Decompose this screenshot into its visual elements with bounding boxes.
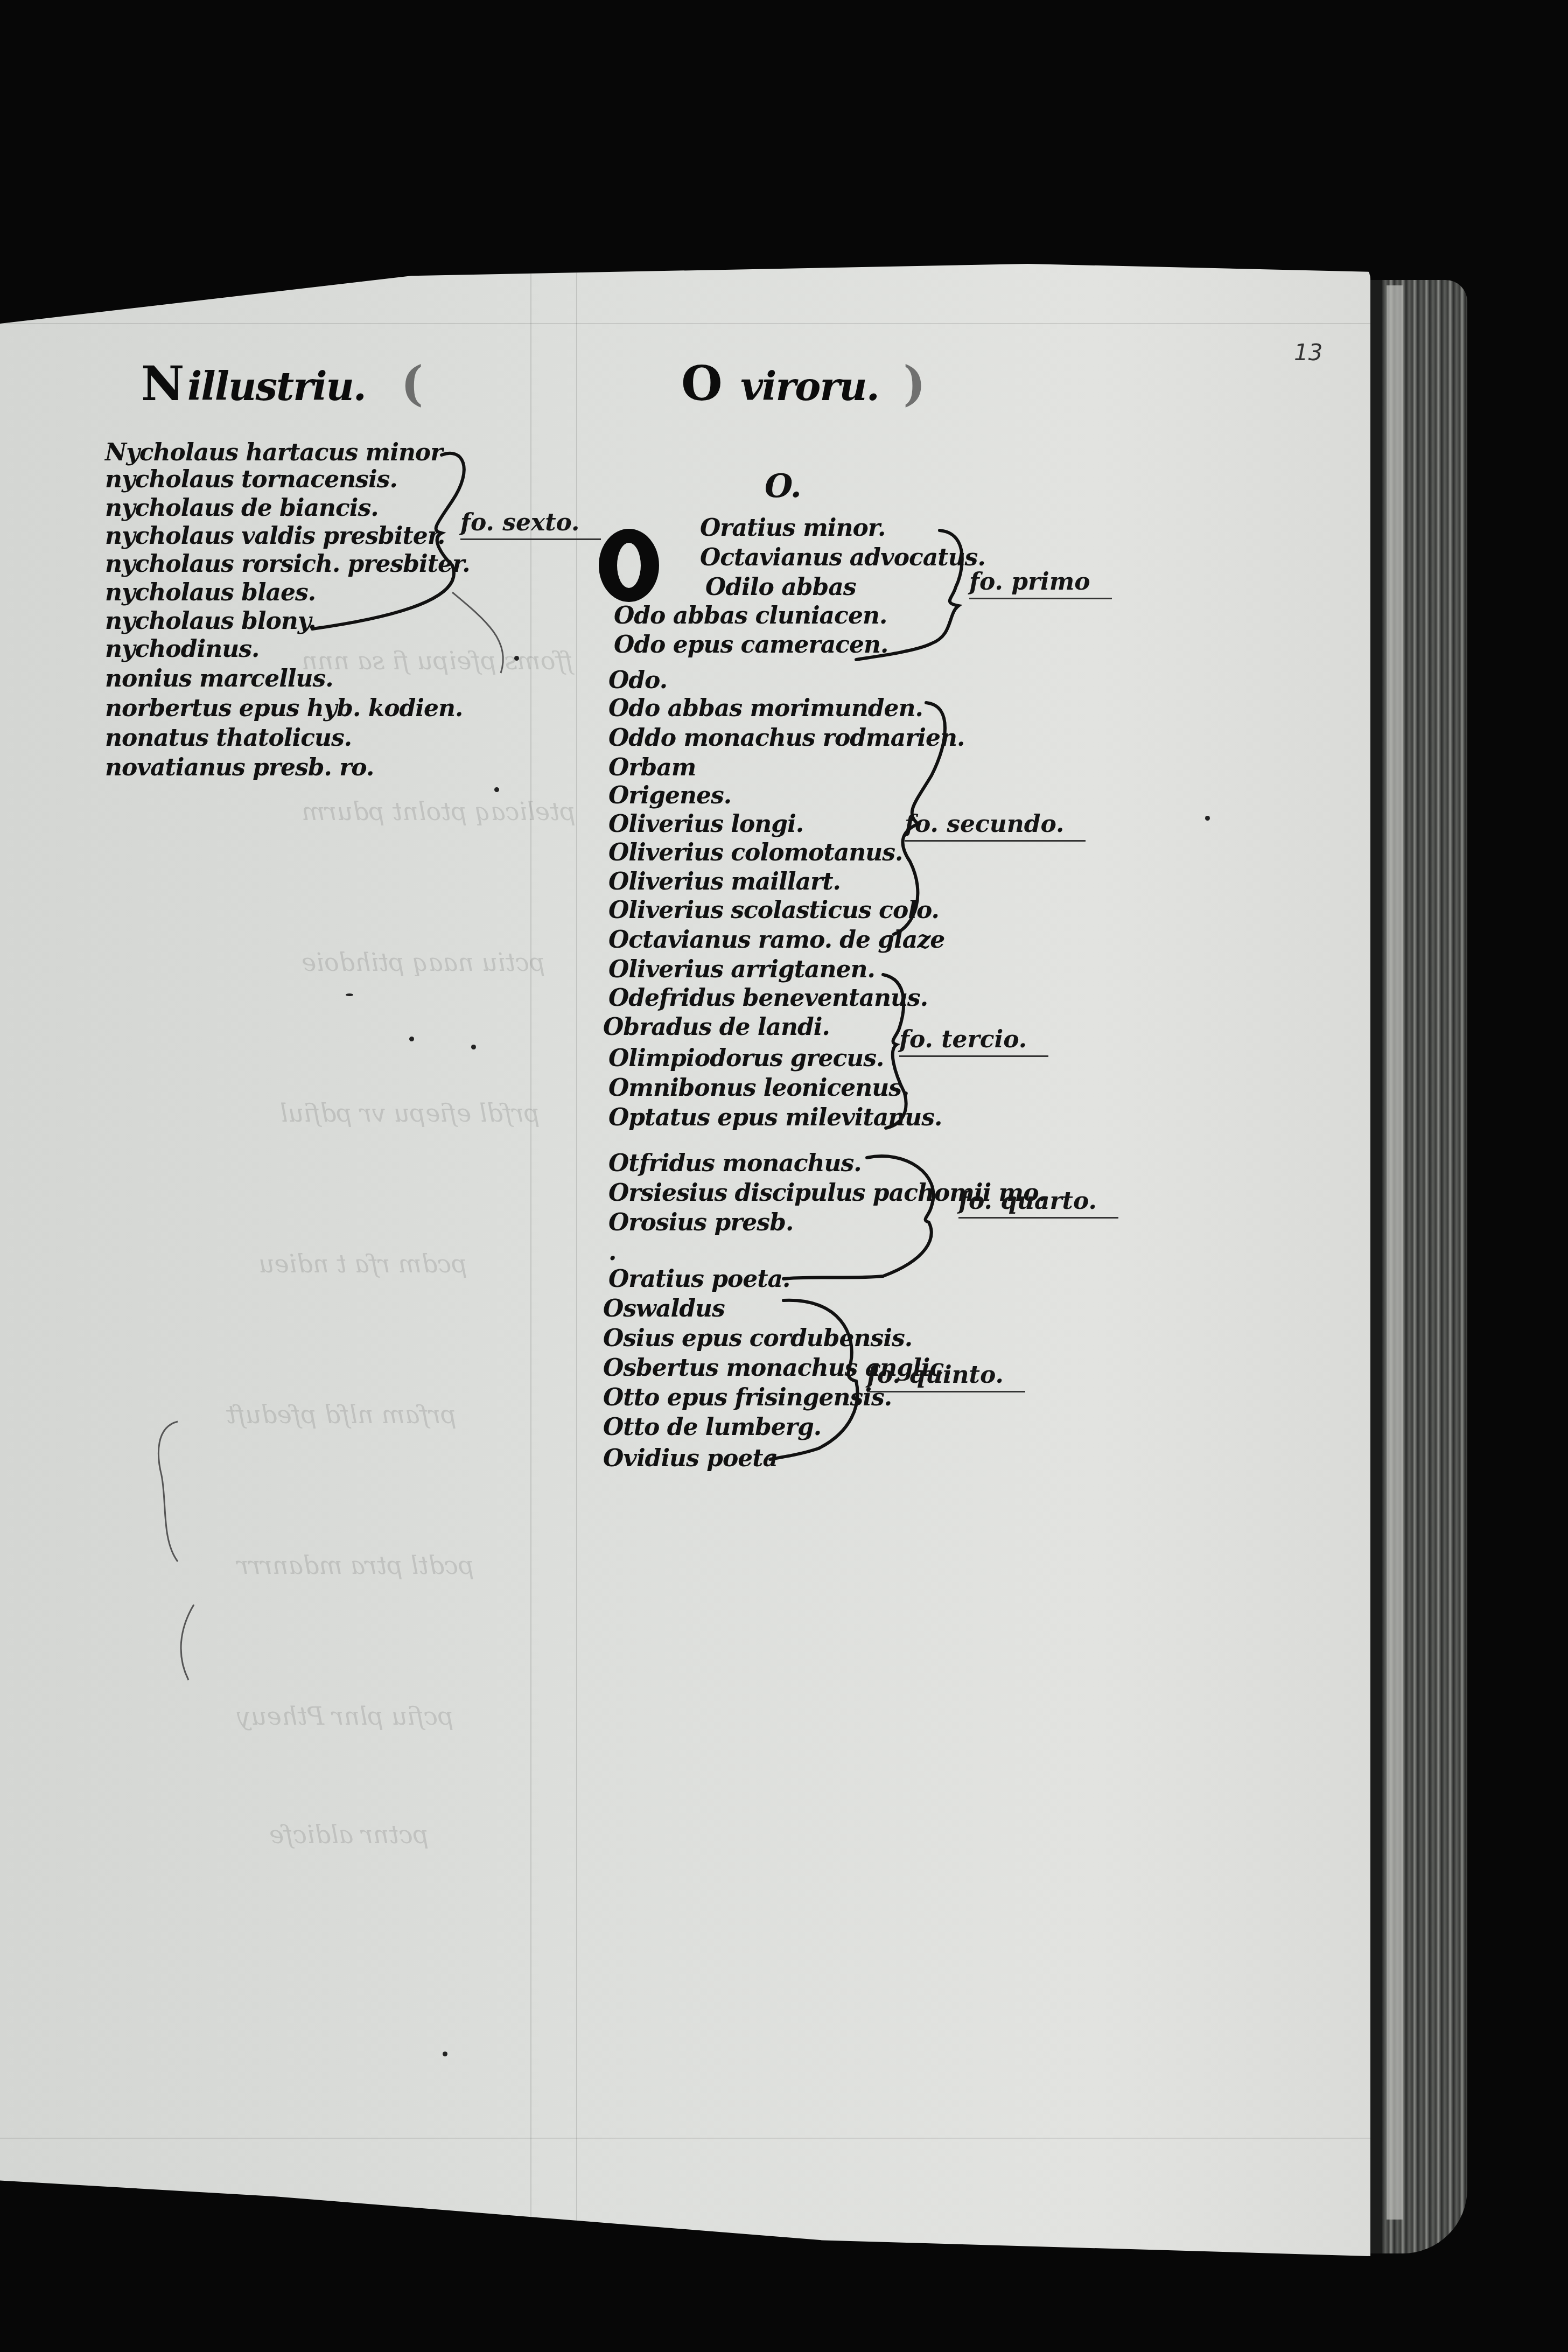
ink-speck [443,2052,447,2056]
ink-speck [346,993,353,996]
bracket-lines [0,0,1568,2352]
ink-speck [471,1045,476,1049]
ink-speck [1205,816,1210,821]
ink-speck [409,1037,414,1041]
brace-left [312,453,464,629]
ink-speck [494,787,499,792]
ink-speck [514,656,519,661]
